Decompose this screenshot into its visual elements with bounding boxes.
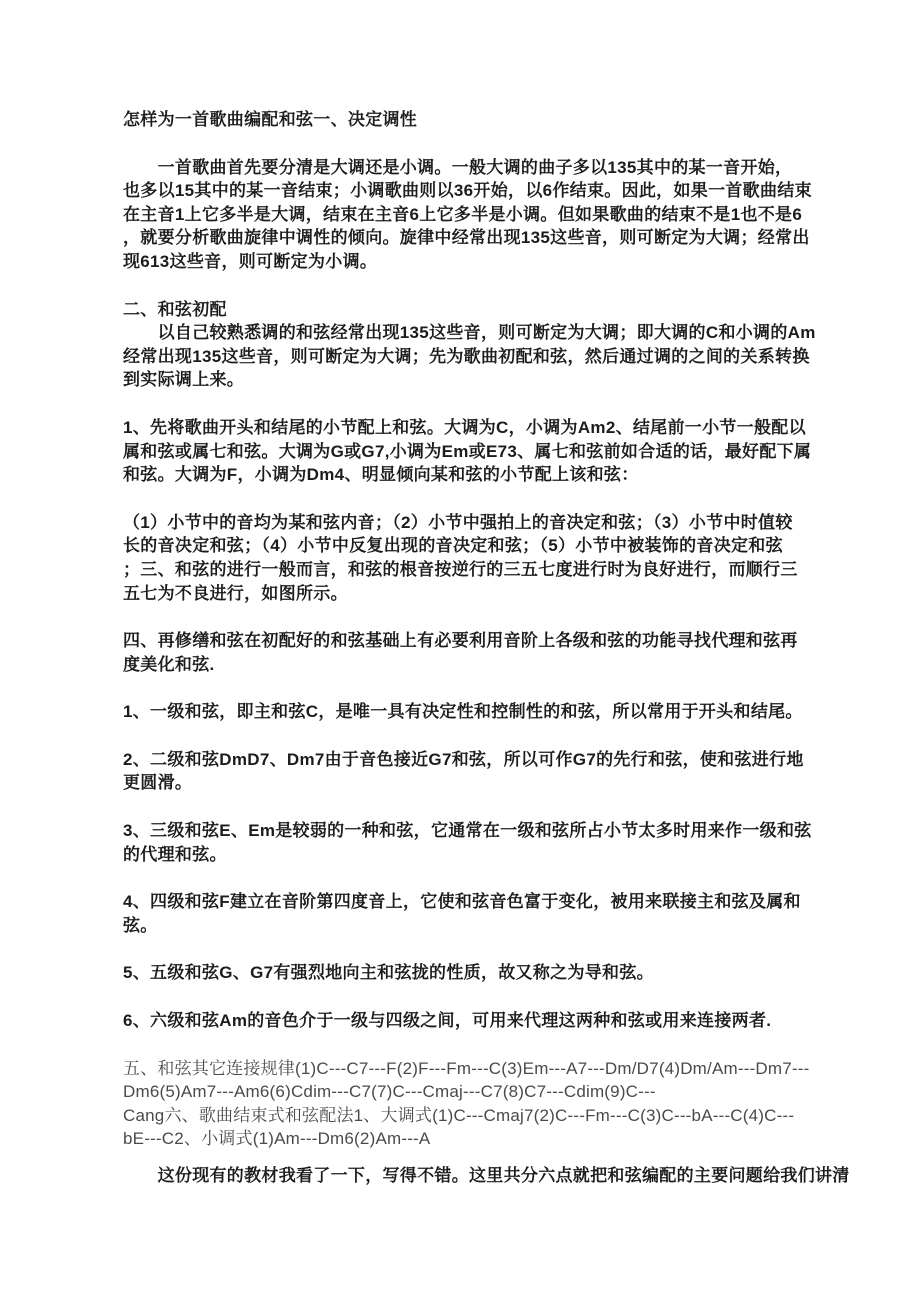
document-page: 怎样为一首歌曲编配和弦一、决定调性 一首歌曲首先要分清是大调还是小调。一般大调的… bbox=[0, 0, 920, 1303]
paragraph: 2、二级和弦DmD7、Dm7由于音色接近G7和弦，所以可作G7的先行和弦，使和弦… bbox=[123, 748, 805, 795]
text-line: 5、五级和弦G、G7有强烈地向主和弦拢的性质，故又称之为导和弦。 bbox=[123, 961, 805, 985]
text-line: Dm6(5)Am7---Am6(6)Cdim---C7(7)C---Cmaj--… bbox=[123, 1080, 805, 1104]
paragraph: 5、五级和弦G、G7有强烈地向主和弦拢的性质，故又称之为导和弦。 bbox=[123, 961, 805, 985]
text-line: 6、六级和弦Am的音色介于一级与四级之间，可用来代理这两种和弦或用来连接两者. bbox=[123, 1009, 805, 1033]
paragraph: 1、一级和弦，即主和弦C，是唯一具有决定性和控制性的和弦，所以常用于开头和结尾。 bbox=[123, 700, 805, 724]
text-line: 属和弦或属七和弦。大调为G或G7,小调为Em或E73、属七和弦前如合适的话，最好… bbox=[123, 440, 805, 464]
paragraph: （1）小节中的音均为某和弦内音；（2）小节中强拍上的音决定和弦；（3）小节中时值… bbox=[123, 511, 805, 605]
text-line: 也多以15其中的某一音结束；小调歌曲则以36开始，以6作结束。因此，如果一首歌曲… bbox=[123, 179, 805, 203]
text-line: 弦。 bbox=[123, 914, 805, 938]
text-line: 和弦。大调为F，小调为Dm4、明显倾向某和弦的小节配上该和弦： bbox=[123, 463, 805, 487]
text-line: 现613这些音，则可断定为小调。 bbox=[123, 250, 805, 274]
text-line: 2、二级和弦DmD7、Dm7由于音色接近G7和弦，所以可作G7的先行和弦，使和弦… bbox=[123, 748, 805, 772]
text-line: 长的音决定和弦；（4）小节中反复出现的音决定和弦；（5）小节中被装饰的音决定和弦 bbox=[123, 534, 805, 558]
text-line: ；三、和弦的进行一般而言，和弦的根音按逆行的三五七度进行时为良好进行，而顺行三 bbox=[123, 558, 805, 582]
document-body: 一首歌曲首先要分清是大调还是小调。一般大调的曲子多以135其中的某一音开始，也多… bbox=[123, 156, 805, 1188]
text-line: Cang六、歌曲结束式和弦配法1、大调式(1)C---Cmaj7(2)C---F… bbox=[123, 1104, 805, 1128]
paragraph: 3、三级和弦E、Em是较弱的一种和弦，它通常在一级和弦所占小节太多时用来作一级和… bbox=[123, 819, 805, 866]
paragraph: 四、再修缮和弦在初配好的和弦基础上有必要利用音阶上各级和弦的功能寻找代理和弦再度… bbox=[123, 629, 805, 676]
paragraph: 这份现有的教材我看了一下，写得不错。这里共分六点就把和弦编配的主要问题给我们讲清 bbox=[123, 1164, 805, 1188]
text-line: 一首歌曲首先要分清是大调还是小调。一般大调的曲子多以135其中的某一音开始， bbox=[123, 156, 805, 180]
text-line: （1）小节中的音均为某和弦内音；（2）小节中强拍上的音决定和弦；（3）小节中时值… bbox=[123, 511, 805, 535]
text-line: 在主音1上它多半是大调，结束在主音6上它多半是小调。但如果歌曲的结束不是1也不是… bbox=[123, 203, 805, 227]
text-line: 1、先将歌曲开头和结尾的小节配上和弦。大调为C，小调为Am2、结尾前一小节一般配… bbox=[123, 416, 805, 440]
paragraph: 4、四级和弦F建立在音阶第四度音上，它使和弦音色富于变化，被用来联接主和弦及属和… bbox=[123, 890, 805, 937]
text-line: ，就要分析歌曲旋律中调性的倾向。旋律中经常出现135这些音，则可断定为大调；经常… bbox=[123, 226, 805, 250]
text-line: 到实际调上来。 bbox=[123, 368, 805, 392]
paragraph: 一首歌曲首先要分清是大调还是小调。一般大调的曲子多以135其中的某一音开始，也多… bbox=[123, 156, 805, 274]
text-line: 以自己较熟悉调的和弦经常出现135这些音，则可断定为大调；即大调的C和小调的Am bbox=[123, 321, 805, 345]
text-line: 度美化和弦. bbox=[123, 653, 805, 677]
page-title: 怎样为一首歌曲编配和弦一、决定调性 bbox=[123, 108, 805, 132]
text-line: 四、再修缮和弦在初配好的和弦基础上有必要利用音阶上各级和弦的功能寻找代理和弦再 bbox=[123, 629, 805, 653]
text-line: 4、四级和弦F建立在音阶第四度音上，它使和弦音色富于变化，被用来联接主和弦及属和 bbox=[123, 890, 805, 914]
text-line: 二、和弦初配 bbox=[123, 298, 805, 322]
text-line: bE---C2、小调式(1)Am---Dm6(2)Am---A bbox=[123, 1127, 805, 1151]
paragraph: 五、和弦其它连接规律(1)C---C7---F(2)F---Fm---C(3)E… bbox=[123, 1057, 805, 1151]
text-line: 1、一级和弦，即主和弦C，是唯一具有决定性和控制性的和弦，所以常用于开头和结尾。 bbox=[123, 700, 805, 724]
paragraph: 二、和弦初配 以自己较熟悉调的和弦经常出现135这些音，则可断定为大调；即大调的… bbox=[123, 298, 805, 392]
text-line: 五、和弦其它连接规律(1)C---C7---F(2)F---Fm---C(3)E… bbox=[123, 1057, 805, 1081]
text-line: 更圆滑。 bbox=[123, 771, 805, 795]
text-line: 的代理和弦。 bbox=[123, 843, 805, 867]
text-line: 3、三级和弦E、Em是较弱的一种和弦，它通常在一级和弦所占小节太多时用来作一级和… bbox=[123, 819, 805, 843]
paragraph: 6、六级和弦Am的音色介于一级与四级之间，可用来代理这两种和弦或用来连接两者. bbox=[123, 1009, 805, 1033]
text-line: 这份现有的教材我看了一下，写得不错。这里共分六点就把和弦编配的主要问题给我们讲清 bbox=[123, 1164, 805, 1188]
paragraph: 1、先将歌曲开头和结尾的小节配上和弦。大调为C，小调为Am2、结尾前一小节一般配… bbox=[123, 416, 805, 487]
text-line: 经常出现135这些音，则可断定为大调；先为歌曲初配和弦，然后通过调的之间的关系转… bbox=[123, 345, 805, 369]
text-line: 五七为不良进行，如图所示。 bbox=[123, 582, 805, 606]
